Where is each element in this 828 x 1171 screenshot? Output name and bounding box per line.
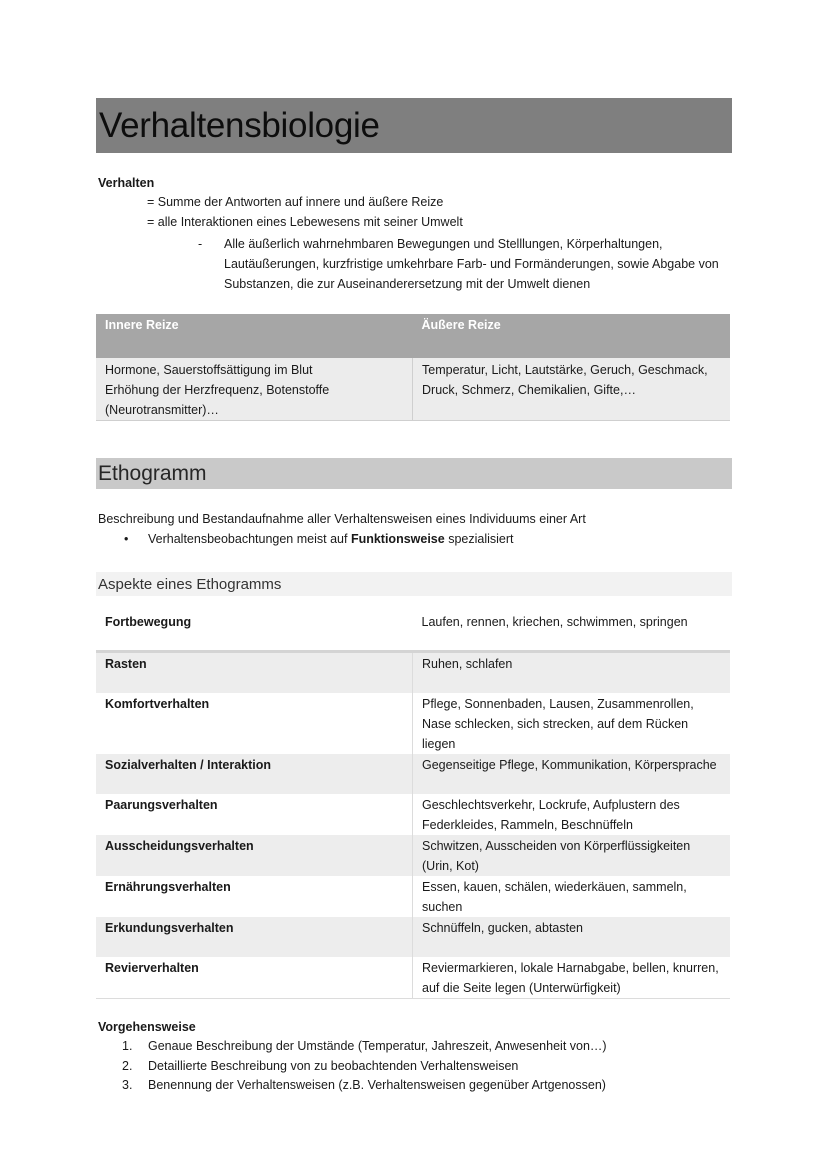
aspekte-heading: Aspekte eines Ethogramms (98, 576, 281, 593)
header-innere-reize: Innere Reize (96, 314, 413, 358)
table-row: Revierverhalten Reviermarkieren, lokale … (96, 957, 730, 999)
aspect-examples: Pflege, Sonnenbaden, Lausen, Zusammenrol… (413, 693, 731, 754)
aspect-category: Rasten (96, 652, 413, 694)
aspect-category: Erkundungsverhalten (96, 917, 413, 957)
step-text: Detaillierte Beschreibung von zu beobach… (148, 1057, 518, 1077)
verhalten-sub-item: - Alle äußerlich wahrnehmbaren Bewegunge… (198, 234, 732, 294)
table-row: Ernährungsverhalten Essen, kauen, schäle… (96, 876, 730, 917)
header-aeussere-reize: Äußere Reize (413, 314, 731, 358)
table-row: Ausscheidungsverhalten Schwitzen, Aussch… (96, 835, 730, 876)
aspect-examples: Schnüffeln, gucken, abtasten (413, 917, 731, 957)
aspect-examples: Geschlechtsverkehr, Lockrufe, Aufpluster… (413, 794, 731, 835)
innere-reize-cell: Hormone, Sauerstoffsättigung im Blut Erh… (96, 358, 413, 421)
ethogramm-bullet: • Verhaltensbeobachtungen meist auf Funk… (124, 529, 732, 549)
table-row: Rasten Ruhen, schlafen (96, 652, 730, 694)
aspect-category: Paarungsverhalten (96, 794, 413, 835)
table-row: Fortbewegung Laufen, rennen, kriechen, s… (96, 606, 730, 652)
aspect-category: Komfortverhalten (96, 693, 413, 754)
bullet-text-after: spezialisiert (445, 532, 514, 546)
document-page: Verhaltensbiologie Verhalten = Summe der… (96, 98, 732, 1096)
table-row: Erkundungsverhalten Schnüffeln, gucken, … (96, 917, 730, 957)
cell-line: Hormone, Sauerstoffsättigung im Blut (105, 360, 403, 380)
reize-table-header: Innere Reize Äußere Reize (96, 314, 730, 358)
cell-line: Temperatur, Licht, Lautstärke, Geruch, G… (422, 360, 721, 380)
bullet-text-bold: Funktionsweise (351, 532, 445, 546)
verhalten-definition-2: = alle Interaktionen eines Lebewesens mi… (147, 213, 732, 233)
step-number: 3. (122, 1076, 148, 1096)
aspect-examples: Essen, kauen, schälen, wiederkäuen, samm… (413, 876, 731, 917)
aspect-examples: Ruhen, schlafen (413, 652, 731, 694)
vorgehensweise-term: Vorgehensweise (98, 1018, 732, 1037)
dash-marker: - (198, 234, 224, 294)
vorgehensweise-step: 2. Detaillierte Beschreibung von zu beob… (122, 1057, 732, 1077)
cell-line: Erhöhung der Herzfrequenz, Botenstoffe (105, 380, 403, 400)
bullet-marker: • (124, 529, 148, 549)
page-title: Verhaltensbiologie (99, 106, 380, 146)
reize-table: Innere Reize Äußere Reize Hormone, Sauer… (96, 314, 730, 421)
aspect-examples: Reviermarkieren, lokale Harnabgabe, bell… (413, 957, 731, 999)
bullet-text: Verhaltensbeobachtungen meist auf Funkti… (148, 529, 514, 549)
verhalten-definition-1: = Summe der Antworten auf innere und äuß… (147, 193, 732, 213)
aspect-category: Ernährungsverhalten (96, 876, 413, 917)
ethogramm-heading-bar: Ethogramm (96, 458, 732, 489)
vorgehensweise-step: 3. Benennung der Verhaltensweisen (z.B. … (122, 1076, 732, 1096)
aspect-examples: Laufen, rennen, kriechen, schwimmen, spr… (413, 606, 731, 652)
aeussere-reize-cell: Temperatur, Licht, Lautstärke, Geruch, G… (413, 358, 731, 421)
verhalten-sub-item-text: Alle äußerlich wahrnehmbaren Bewegungen … (224, 234, 732, 294)
step-text: Genaue Beschreibung der Umstände (Temper… (148, 1037, 607, 1057)
aspect-examples: Schwitzen, Ausscheiden von Körperflüssig… (413, 835, 731, 876)
verhalten-term: Verhalten (98, 174, 732, 193)
table-row: Sozialverhalten / Interaktion Gegenseiti… (96, 754, 730, 794)
ethogramm-intro: Beschreibung und Bestandaufnahme aller V… (98, 510, 732, 529)
table-row: Komfortverhalten Pflege, Sonnenbaden, La… (96, 693, 730, 754)
cell-line: (Neurotransmitter)… (105, 400, 403, 420)
cell-line: Druck, Schmerz, Chemikalien, Gifte,… (422, 380, 721, 400)
aspect-examples: Gegenseitige Pflege, Kommunikation, Körp… (413, 754, 731, 794)
aspect-category: Revierverhalten (96, 957, 413, 999)
step-text: Benennung der Verhaltensweisen (z.B. Ver… (148, 1076, 606, 1096)
table-row: Hormone, Sauerstoffsättigung im Blut Erh… (96, 358, 730, 421)
aspect-category: Fortbewegung (96, 606, 413, 652)
ethogramm-heading: Ethogramm (98, 462, 207, 486)
step-number: 2. (122, 1057, 148, 1077)
bullet-text-before: Verhaltensbeobachtungen meist auf (148, 532, 351, 546)
aspect-category: Sozialverhalten / Interaktion (96, 754, 413, 794)
aspect-category: Ausscheidungsverhalten (96, 835, 413, 876)
step-number: 1. (122, 1037, 148, 1057)
title-banner: Verhaltensbiologie (96, 98, 732, 153)
vorgehensweise-step: 1. Genaue Beschreibung der Umstände (Tem… (122, 1037, 732, 1057)
aspekte-table: Fortbewegung Laufen, rennen, kriechen, s… (96, 606, 730, 999)
table-row: Paarungsverhalten Geschlechtsverkehr, Lo… (96, 794, 730, 835)
aspekte-heading-bar: Aspekte eines Ethogramms (96, 572, 732, 596)
